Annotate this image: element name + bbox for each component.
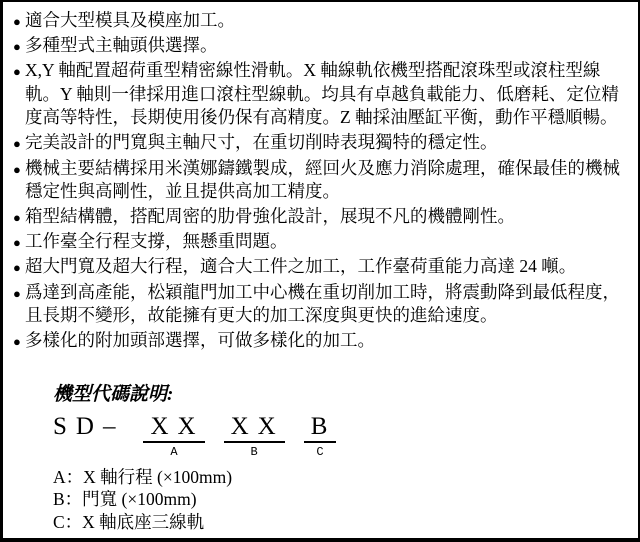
feature-item: ●工作臺全行程支撐，無懸重問題。 <box>13 230 626 254</box>
model-code-section: 機型代碼說明: SD– XX A XX B B C A：X 軸行程 (×100m… <box>53 384 626 534</box>
model-code-group-a-label: A <box>170 446 177 459</box>
feature-text: 工作臺全行程支撐，無懸重問題。 <box>25 231 288 251</box>
feature-text: 箱型結構體，搭配周密的肋骨強化設計，展現不凡的機體剛性。 <box>25 206 515 226</box>
model-code-group-a-value: XX <box>143 414 204 443</box>
model-code-group-b: XX B <box>224 414 285 459</box>
bullet-icon: ● <box>13 15 25 28</box>
bullet-icon: ● <box>13 236 25 249</box>
model-code-group-a: XX A <box>143 414 204 459</box>
feature-item: ●適合大型模具及模座加工。 <box>13 9 626 33</box>
feature-item: ●X,Y 軸配置超荷重型精密線性滑軌。X 軸線軌依機型搭配滾珠型或滾柱型線軌。Y… <box>13 59 626 130</box>
bullet-icon: ● <box>13 211 25 224</box>
model-code-group-c-value: B <box>304 414 337 443</box>
model-code-group-c-label: C <box>316 446 323 459</box>
feature-text: X,Y 軸配置超荷重型精密線性滑軌。X 軸線軌依機型搭配滾珠型或滾柱型線軌。Y … <box>25 60 619 127</box>
bullet-icon: ● <box>13 137 25 150</box>
bullet-icon: ● <box>13 261 25 274</box>
bullet-icon: ● <box>13 287 25 300</box>
feature-text: 機械主要結構採用米漢娜鑄鐵製成，經回火及應力消除處理，確保最佳的機械穩定性與高剛… <box>25 158 620 202</box>
feature-item: ●完美設計的門寬與主軸尺寸，在重切削時表現獨特的穩定性。 <box>13 131 626 155</box>
bullet-icon: ● <box>13 65 25 78</box>
feature-item: ●機械主要結構採用米漢娜鑄鐵製成，經回火及應力消除處理，確保最佳的機械穩定性與高… <box>13 157 626 204</box>
feature-item: ●箱型結構體，搭配周密的肋骨強化設計，展現不凡的機體剛性。 <box>13 205 626 229</box>
model-code-group-b-value: XX <box>224 414 285 443</box>
model-code-title: 機型代碼說明: <box>53 384 626 406</box>
model-code-prefix: SD– <box>53 414 124 440</box>
feature-item: ●多種型式主軸頭供選擇。 <box>13 34 626 58</box>
bullet-icon: ● <box>13 335 25 348</box>
legend-line-b: B：門寬 (×100mm) <box>53 488 626 511</box>
model-code-legend: A：X 軸行程 (×100mm) B：門寬 (×100mm) C：X 軸底座三線… <box>53 466 626 534</box>
feature-item: ●爲達到高產能，松穎龍門加工中心機在重切削加工時，將震動降到最低程度，且長期不變… <box>13 281 626 328</box>
feature-item: ●超大門寬及超大行程，適合大工件之加工，工作臺荷重能力高達 24 噸。 <box>13 255 626 279</box>
model-code-group-b-label: B <box>251 446 258 459</box>
feature-item: ●多樣化的附加頭部選擇，可做多樣化的加工。 <box>13 329 626 353</box>
legend-line-c: C：X 軸底座三線軌 <box>53 511 626 534</box>
bullet-icon: ● <box>13 40 25 53</box>
feature-text: 超大門寬及超大行程，適合大工件之加工，工作臺荷重能力高達 24 噸。 <box>25 256 576 276</box>
bullet-icon: ● <box>13 163 25 176</box>
feature-text: 多樣化的附加頭部選擇，可做多樣化的加工。 <box>25 330 375 350</box>
feature-text: 爲達到高產能，松穎龍門加工中心機在重切削加工時，將震動降到最低程度，且長期不變形… <box>25 282 620 326</box>
document-page: ●適合大型模具及模座加工。 ●多種型式主軸頭供選擇。 ●X,Y 軸配置超荷重型精… <box>0 0 640 542</box>
model-code-diagram: SD– XX A XX B B C <box>53 414 626 459</box>
feature-text: 完美設計的門寬與主軸尺寸，在重切削時表現獨特的穩定性。 <box>25 132 498 152</box>
legend-line-a: A：X 軸行程 (×100mm) <box>53 466 626 489</box>
model-code-group-c: B C <box>304 414 337 459</box>
feature-list: ●適合大型模具及模座加工。 ●多種型式主軸頭供選擇。 ●X,Y 軸配置超荷重型精… <box>13 9 626 353</box>
feature-text: 多種型式主軸頭供選擇。 <box>25 35 218 55</box>
feature-text: 適合大型模具及模座加工。 <box>25 10 235 30</box>
